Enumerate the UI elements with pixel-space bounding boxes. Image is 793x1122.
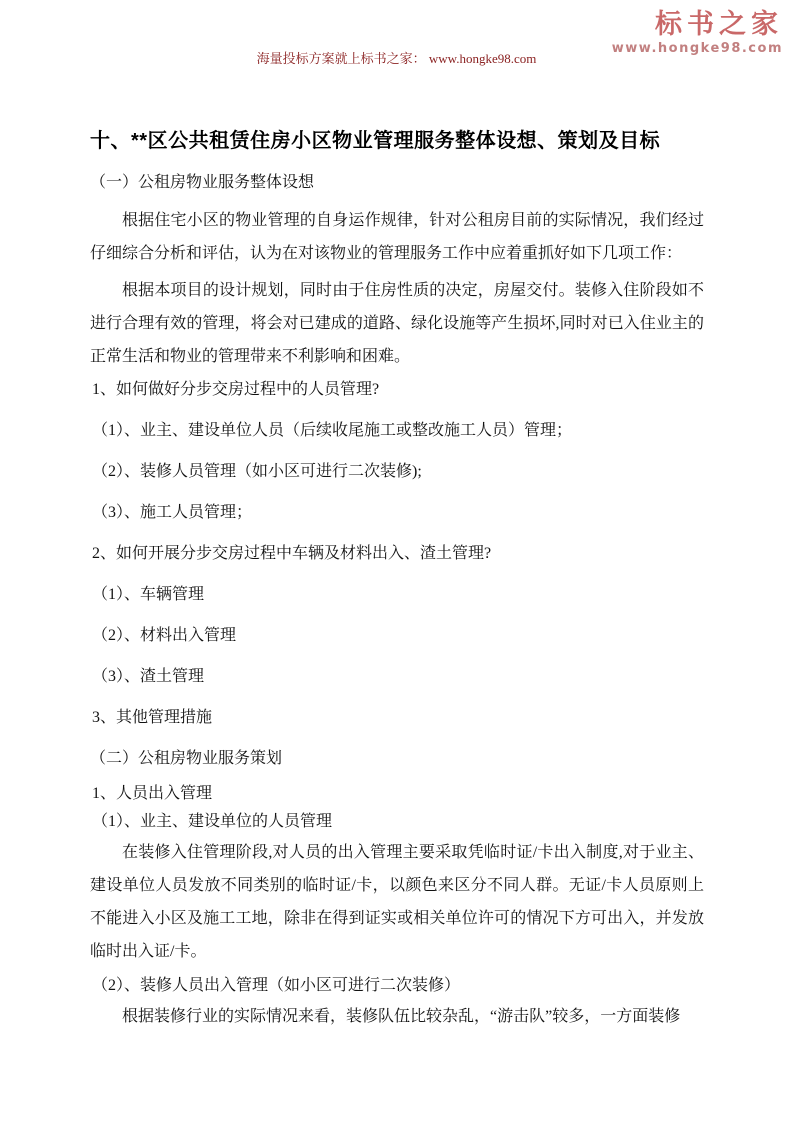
document-page: 标书之家 www.hongke98.com 海量投标方案就上标书之家： www.… xyxy=(0,0,793,1122)
paragraph: 根据住宅小区的物业管理的自身运作规律，针对公租房目前的实际情况，我们经过仔细综合… xyxy=(90,204,704,270)
list-item: （3）、渣土管理 xyxy=(90,664,704,690)
list-item: 3、其他管理措施 xyxy=(90,705,704,731)
sub-heading: 1、人员出入管理 xyxy=(90,780,704,808)
section-heading: （二）公租房物业服务策划 xyxy=(90,746,704,772)
sub-heading: （2）、装修人员出入管理（如小区可进行二次装修） xyxy=(90,972,704,1000)
paragraph: 根据装修行业的实际情况来看，装修队伍比较杂乱，“游击队”较多，一方面装修 xyxy=(90,1000,704,1033)
logo-wordmark: 标书之家 xyxy=(612,10,783,40)
list-item: 1、如何做好分步交房过程中的人员管理? xyxy=(90,377,704,403)
list-item: （1）、业主、建设单位人员（后续收尾施工或整改施工人员）管理； xyxy=(90,418,704,444)
list-item: （3）、施工人员管理； xyxy=(90,500,704,526)
list-item: （2）、材料出入管理 xyxy=(90,623,704,649)
document-content: 十、**区公共租赁住房小区物业管理服务整体设想、策划及目标 （一）公租房物业服务… xyxy=(90,126,704,1037)
section-heading: （一）公租房物业服务整体设想 xyxy=(90,170,704,196)
paragraph: 根据本项目的设计规划，同时由于住房性质的决定，房屋交付。装修入住阶段如不进行合理… xyxy=(90,274,704,373)
list-item: （2）、装修人员管理（如小区可进行二次装修); xyxy=(90,459,704,485)
header-tagline: 海量投标方案就上标书之家： www.hongke98.com xyxy=(0,48,793,67)
document-title: 十、**区公共租赁住房小区物业管理服务整体设想、策划及目标 xyxy=(90,126,704,156)
sub-heading: （1）、业主、建设单位的人员管理 xyxy=(90,808,704,836)
list-item: （1）、车辆管理 xyxy=(90,582,704,608)
paragraph: 在装修入住管理阶段,对人员的出入管理主要采取凭临时证/卡出入制度,对于业主、建设… xyxy=(90,836,704,968)
document-body: （一）公租房物业服务整体设想根据住宅小区的物业管理的自身运作规律，针对公租房目前… xyxy=(90,170,704,1033)
list-item: 2、如何开展分步交房过程中车辆及材料出入、渣土管理? xyxy=(90,541,704,567)
